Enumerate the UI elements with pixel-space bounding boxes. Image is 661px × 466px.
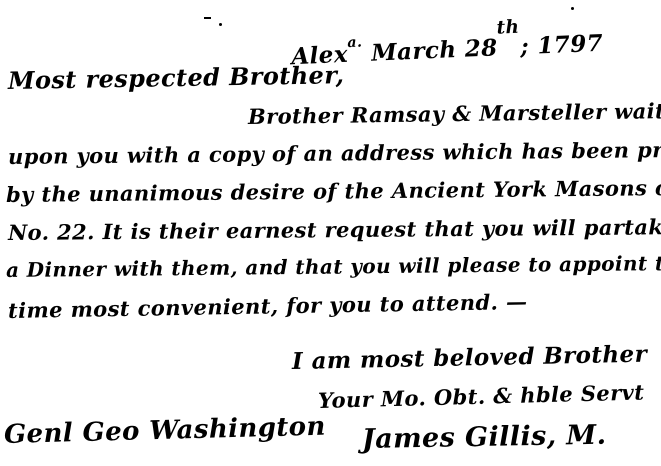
closing-line: Your Mo. Obt. & hble Servt bbox=[318, 379, 645, 413]
body-line: upon you with a copy of an address which… bbox=[8, 136, 661, 169]
body-line: time most convenient, for you to attend.… bbox=[8, 289, 528, 323]
handwritten-letter-page: Alexa. March 28th; 1797 Most respected B… bbox=[0, 0, 661, 466]
body-line: by the unanimous desire of the Ancient Y… bbox=[6, 174, 661, 207]
dateline-year: ; 1797 bbox=[520, 30, 604, 61]
body-line-indented: Brother Ramsay & Marsteller wait bbox=[248, 98, 661, 129]
ink-speck bbox=[204, 17, 211, 19]
closing-line: I am most beloved Brother bbox=[292, 341, 648, 375]
body-line: No. 22. It is their earnest request that… bbox=[8, 214, 661, 245]
dateline-place-superscript: a. bbox=[347, 34, 363, 51]
dateline-date: March 28 bbox=[362, 34, 498, 67]
ink-speck bbox=[571, 7, 574, 10]
salutation: Most respected Brother, bbox=[8, 60, 345, 95]
addressee: Genl Geo Washington bbox=[4, 412, 327, 450]
body-line: a Dinner with them, and that you will pl… bbox=[6, 251, 661, 282]
dateline-date-superscript: th bbox=[496, 17, 520, 39]
ink-speck bbox=[219, 23, 222, 26]
signature: James Gillis, M. bbox=[362, 420, 607, 455]
